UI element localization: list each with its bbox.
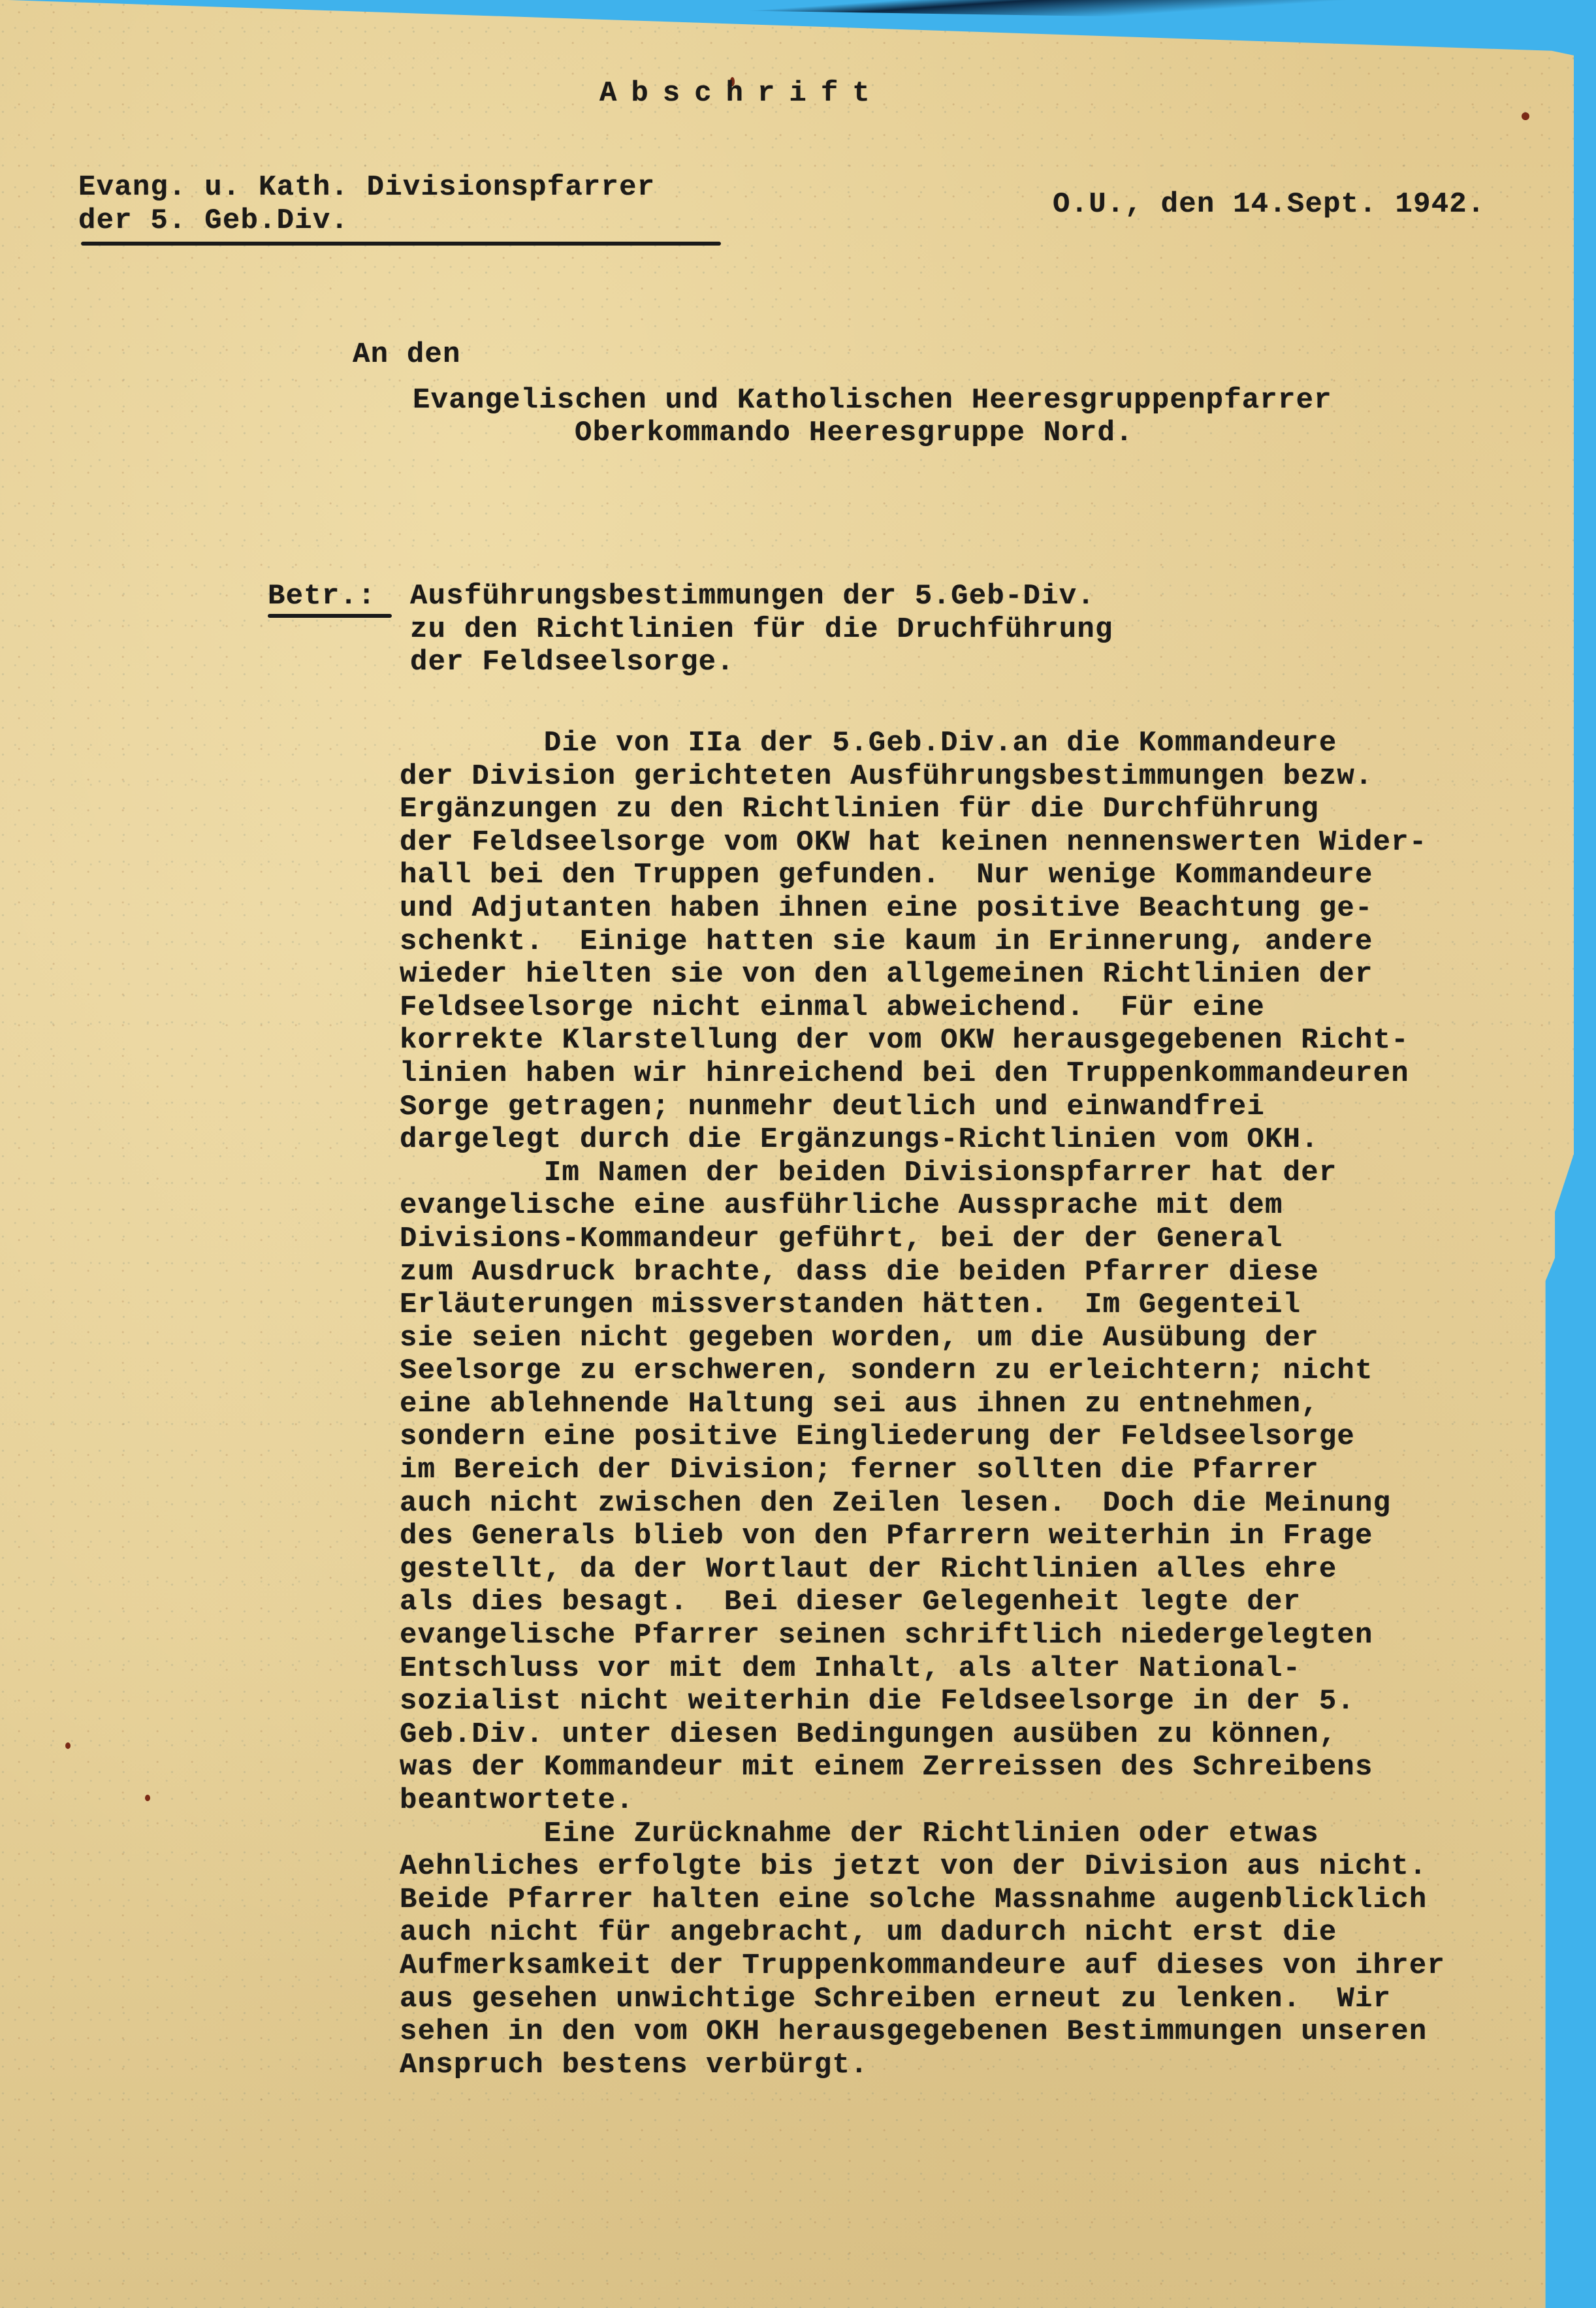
body-line: Sorge getragen; nunmehr deutlich und ein…	[400, 1091, 1445, 1124]
body-line: evangelische eine ausführliche Aussprach…	[400, 1189, 1445, 1223]
subject-line: der Feldseelsorge.	[410, 646, 735, 679]
body-line: Aufmerksamkeit der Truppenkommandeure au…	[400, 1949, 1445, 1983]
body-line: sehen in den vom OKH herausgegebenen Bes…	[400, 2015, 1445, 2049]
body-line: sondern eine positive Eingliederung der …	[400, 1420, 1445, 1454]
body-line: Geb.Div. unter diesen Bedingungen ausübe…	[400, 1718, 1445, 1752]
body-line: im Bereich der Division; ferner sollten …	[400, 1454, 1445, 1487]
document-title: Abschrift	[599, 77, 884, 110]
ink-spot	[65, 1742, 71, 1749]
body-line: Die von IIa der 5.Geb.Div.an die Kommand…	[400, 727, 1445, 760]
body-line: beantwortete.	[400, 1784, 1445, 1818]
subject-text: Ausführungsbestimmungen der 5.Geb-Div. z…	[410, 580, 1113, 679]
sender-block: Evang. u. Kath. Divisionspfarrer der 5. …	[78, 171, 655, 237]
subject-label: Betr.:	[268, 580, 376, 613]
body-line: als dies besagt. Bei dieser Gelegenheit …	[400, 1586, 1445, 1619]
body-line: Divisions-Kommandeur geführt, bei der de…	[400, 1223, 1445, 1256]
body-line: Beide Pfarrer halten eine solche Massnah…	[400, 1883, 1445, 1917]
body-line: Entschluss vor mit dem Inhalt, als alter…	[400, 1652, 1445, 1686]
body-line: Anspruch bestens verbürgt.	[400, 2049, 1445, 2082]
body-line: Im Namen der beiden Divisionspfarrer hat…	[400, 1157, 1445, 1190]
body-line: gestellt, da der Wortlaut der Richtlinie…	[400, 1553, 1445, 1586]
ink-spot	[1522, 112, 1529, 120]
body-line: auch nicht für angebracht, um dadurch ni…	[400, 1916, 1445, 1949]
sender-line-2: der 5. Geb.Div.	[78, 204, 349, 237]
body-line: korrekte Klarstellung der vom OKW heraus…	[400, 1024, 1445, 1057]
body-line: auch nicht zwischen den Zeilen lesen. Do…	[400, 1487, 1445, 1520]
subject-line: Ausführungsbestimmungen der 5.Geb-Div.	[410, 580, 1095, 613]
body-line: zum Ausdruck brachte, dass die beiden Pf…	[400, 1256, 1445, 1289]
subject-label-underline	[268, 614, 392, 618]
letter-body: Die von IIa der 5.Geb.Div.an die Kommand…	[400, 727, 1445, 2081]
body-line: Feldseelsorge nicht einmal abweichend. F…	[400, 991, 1445, 1025]
body-line: Seelsorge zu erschweren, sondern zu erle…	[400, 1354, 1445, 1388]
body-line: was der Kommandeur mit einem Zerreissen …	[400, 1751, 1445, 1784]
body-line: schenkt. Einige hatten sie kaum in Erinn…	[400, 925, 1445, 959]
body-line: evangelische Pfarrer seinen schriftlich …	[400, 1619, 1445, 1652]
sender-line-1: Evang. u. Kath. Divisionspfarrer	[78, 171, 655, 204]
sender-underline	[81, 242, 721, 246]
body-line: der Feldseelsorge vom OKW hat keinen nen…	[400, 826, 1445, 859]
subject-line: zu den Richtlinien für die Druchführung	[410, 613, 1113, 646]
body-line: wieder hielten sie von den allgemeinen R…	[400, 958, 1445, 991]
body-line: dargelegt durch die Ergänzungs-Richtlini…	[400, 1123, 1445, 1157]
recipient-line-1: Evangelischen und Katholischen Heeresgru…	[413, 384, 1332, 417]
body-line: hall bei den Truppen gefunden. Nur wenig…	[400, 859, 1445, 892]
body-line: sozialist nicht weiterhin die Feldseelso…	[400, 1685, 1445, 1718]
body-line: Aehnliches erfolgte bis jetzt von der Di…	[400, 1850, 1445, 1883]
body-line: Ergänzungen zu den Richtlinien für die D…	[400, 793, 1445, 826]
body-line: linien haben wir hinreichend bei den Tru…	[400, 1057, 1445, 1091]
place-date: O.U., den 14.Sept. 1942.	[1053, 188, 1486, 221]
body-line: Erläuterungen missverstanden hätten. Im …	[400, 1289, 1445, 1322]
body-line: des Generals blieb von den Pfarrern weit…	[400, 1520, 1445, 1553]
body-line: eine ablehnende Haltung sei aus ihnen zu…	[400, 1388, 1445, 1421]
body-line: und Adjutanten haben ihnen eine positive…	[400, 892, 1445, 925]
ink-spot	[145, 1795, 150, 1801]
body-line: der Division gerichteten Ausführungsbest…	[400, 760, 1445, 793]
body-line: sie seien nicht gegeben worden, um die A…	[400, 1322, 1445, 1355]
body-line: aus gesehen unwichtige Schreiben erneut …	[400, 1983, 1445, 2016]
recipient-line-2: Oberkommando Heeresgruppe Nord.	[575, 417, 1134, 450]
recipient-salutation: An den	[353, 338, 461, 372]
body-line: Eine Zurücknahme der Richtlinien oder et…	[400, 1818, 1445, 1851]
